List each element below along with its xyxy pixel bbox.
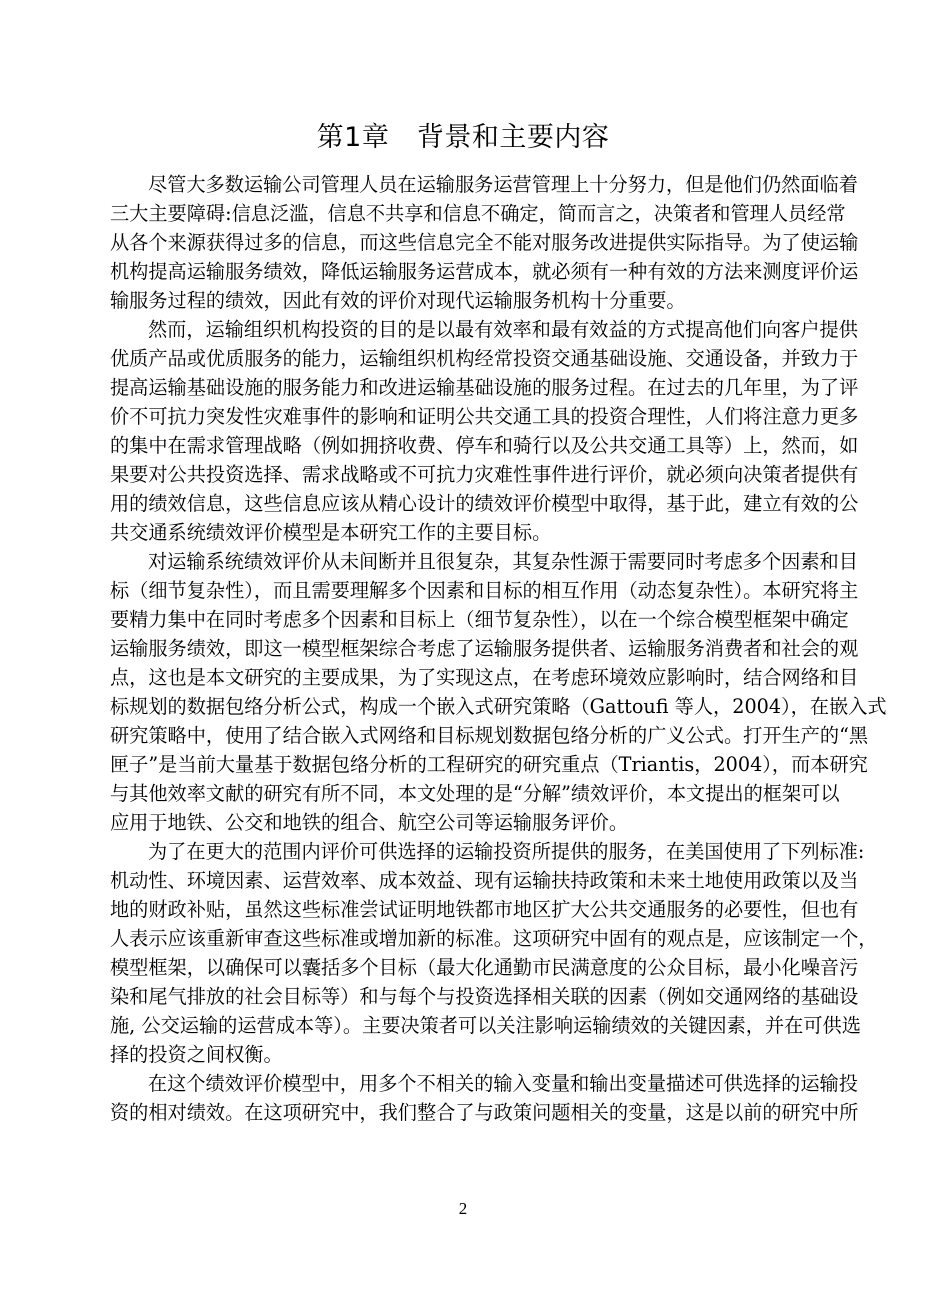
text-line: 共交通系统绩效评价模型是本研究工作的主要目标。 xyxy=(110,518,826,547)
text-line: 匣子”是当前大量基于数据包络分析的工程研究的研究重点（Triantis，2004… xyxy=(110,750,826,779)
chapter-title: 第1章 背景和主要内容 xyxy=(0,118,926,158)
text-line: 的集中在需求管理战略（例如拥挤收费、停车和骑行以及公共交通工具等）上，然而，如 xyxy=(110,431,826,460)
text-line: 用的绩效信息，这些信息应该从精心设计的绩效评价模型中取得，基于此，建立有效的公 xyxy=(110,489,826,518)
text-line: 运输服务绩效，即这一模型框架综合考虑了运输服务提供者、运输服务消费者和社会的观 xyxy=(110,634,826,663)
paragraph-5: 在这个绩效评价模型中，用多个不相关的输入变量和输出变量描述可供选择的运输投 资的… xyxy=(110,1069,826,1127)
body-text: 尽管大多数运输公司管理人员在运输服务运营管理上十分努力，但是他们仍然面临着 三大… xyxy=(110,170,826,1127)
text-line: 染和尾气排放的社会目标等）和与每个与投资选择相关联的因素（例如交通网络的基础设 xyxy=(110,982,826,1011)
text-line: 人表示应该重新审查这些标准或增加新的标准。这项研究中固有的观点是，应该制定一个， xyxy=(110,924,826,953)
paragraph-4: 为了在更大的范围内评价可供选择的运输投资所提供的服务，在美国使用了下列标准: 机… xyxy=(110,837,826,1069)
text-line: 优质产品或优质服务的能力，运输组织机构经常投资交通基础设施、交通设备，并致力于 xyxy=(110,344,826,373)
text-line: 资的相对绩效。在这项研究中，我们整合了与政策问题相关的变量，这是以前的研究中所 xyxy=(110,1098,826,1127)
text-line: 尽管大多数运输公司管理人员在运输服务运营管理上十分努力，但是他们仍然面临着 xyxy=(110,170,826,199)
text-line: 机动性、环境因素、运营效率、成本效益、现有运输扶持政策和未来土地使用政策以及当 xyxy=(110,866,826,895)
text-line: 从各个来源获得过多的信息，而这些信息完全不能对服务改进提供实际指导。为了使运输 xyxy=(110,228,826,257)
text-line: 点，这也是本文研究的主要成果，为了实现这点，在考虑环境效应影响时，结合网络和目 xyxy=(110,663,826,692)
text-line: 然而，运输组织机构投资的目的是以最有效率和最有效益的方式提高他们向客户提供 xyxy=(110,315,826,344)
text-line: 为了在更大的范围内评价可供选择的运输投资所提供的服务，在美国使用了下列标准: xyxy=(110,837,826,866)
document-page: 第1章 背景和主要内容 尽管大多数运输公司管理人员在运输服务运营管理上十分努力，… xyxy=(0,0,926,1309)
text-line: 三大主要障碍:信息泛滥，信息不共享和信息不确定，简而言之，决策者和管理人员经常 xyxy=(110,199,826,228)
text-line: 机构提高运输服务绩效，降低运输服务运营成本，就必须有一种有效的方法来测度评价运 xyxy=(110,257,826,286)
text-line: 价不可抗力突发性灾难事件的影响和证明公共交通工具的投资合理性，人们将注意力更多 xyxy=(110,402,826,431)
text-line: 研究策略中，使用了结合嵌入式网络和目标规划数据包络分析的广义公式。打开生产的“黑 xyxy=(110,721,826,750)
text-line: 对运输系统绩效评价从未间断并且很复杂，其复杂性源于需要同时考虑多个因素和目 xyxy=(110,547,826,576)
text-line: 施, 公交运输的运营成本等）。主要决策者可以关注影响运输绩效的关键因素，并在可供… xyxy=(110,1011,826,1040)
text-line: 择的投资之间权衡。 xyxy=(110,1040,826,1069)
text-line: 与其他效率文献的研究有所不同，本文处理的是“分解”绩效评价，本文提出的框架可以 xyxy=(110,779,826,808)
text-line: 地的财政补贴，虽然这些标准尝试证明地铁都市地区扩大公共交通服务的必要性，但也有 xyxy=(110,895,826,924)
text-line: 提高运输基础设施的服务能力和改进运输基础设施的服务过程。在过去的几年里，为了评 xyxy=(110,373,826,402)
text-line: 应用于地铁、公交和地铁的组合、航空公司等运输服务评价。 xyxy=(110,808,826,837)
paragraph-2: 然而，运输组织机构投资的目的是以最有效率和最有效益的方式提高他们向客户提供 优质… xyxy=(110,315,826,547)
text-line: 标（细节复杂性），而且需要理解多个因素和目标的相互作用（动态复杂性）。本研究将主 xyxy=(110,576,826,605)
text-line: 标规划的数据包络分析公式，构成一个嵌入式研究策略（Gattoufi 等人，200… xyxy=(110,692,826,721)
text-line: 在这个绩效评价模型中，用多个不相关的输入变量和输出变量描述可供选择的运输投 xyxy=(110,1069,826,1098)
paragraph-3: 对运输系统绩效评价从未间断并且很复杂，其复杂性源于需要同时考虑多个因素和目 标（… xyxy=(110,547,826,837)
text-line: 模型框架，以确保可以囊括多个目标（最大化通勤市民满意度的公众目标，最小化噪音污 xyxy=(110,953,826,982)
text-line: 要精力集中在同时考虑多个因素和目标上（细节复杂性），以在一个综合模型框架中确定 xyxy=(110,605,826,634)
page-number: 2 xyxy=(0,1197,926,1221)
text-line: 输服务过程的绩效，因此有效的评价对现代运输服务机构十分重要。 xyxy=(110,286,826,315)
paragraph-1: 尽管大多数运输公司管理人员在运输服务运营管理上十分努力，但是他们仍然面临着 三大… xyxy=(110,170,826,315)
text-line: 果要对公共投资选择、需求战略或不可抗力灾难性事件进行评价，就必须向决策者提供有 xyxy=(110,460,826,489)
